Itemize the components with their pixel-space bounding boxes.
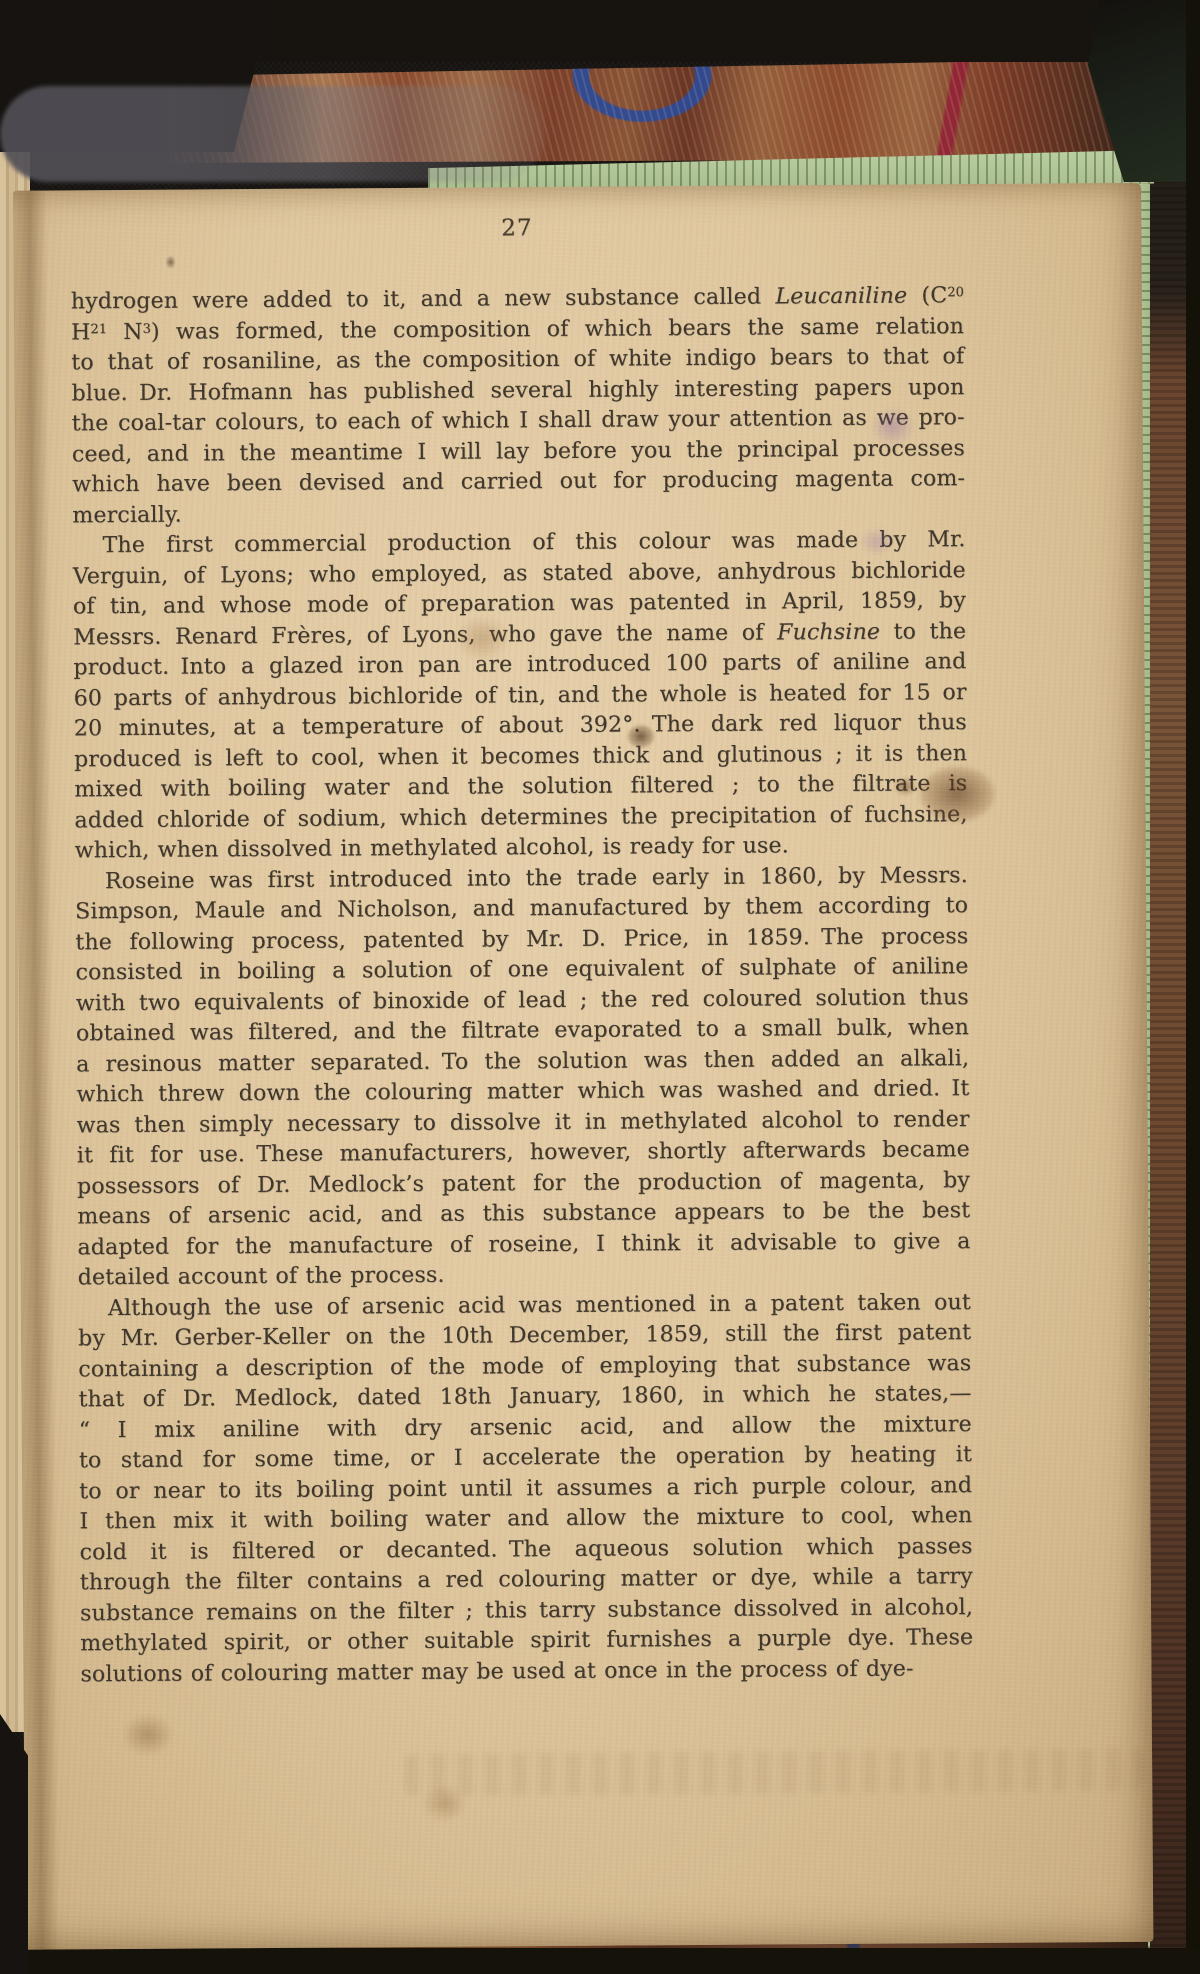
backdrop-frame-bottom [0, 1948, 1200, 1974]
backdrop-frame-right [1186, 0, 1200, 1974]
page-number: 27 [70, 212, 963, 244]
text-line: solutions of colouring matter may be use… [80, 1654, 973, 1691]
book-page: 27 hydrogen were added to it, and a new … [13, 183, 1153, 1950]
text-line: added chloride of sodium, which determin… [74, 800, 967, 837]
foxing-stain [122, 1714, 174, 1756]
text-block: hydrogen were added to it, and a new sub… [71, 281, 974, 1690]
show-through-text [404, 1749, 1144, 1796]
ink-speck [166, 256, 176, 269]
backdrop-frame-bottom-left [0, 1714, 28, 1974]
text-line: which have been devised and carried out … [72, 464, 965, 501]
book-photo: 27 hydrogen were added to it, and a new … [0, 0, 1200, 1974]
text-line: adapted for the manufacture of roseine, … [77, 1227, 970, 1264]
blurred-cover-roll [0, 86, 545, 182]
